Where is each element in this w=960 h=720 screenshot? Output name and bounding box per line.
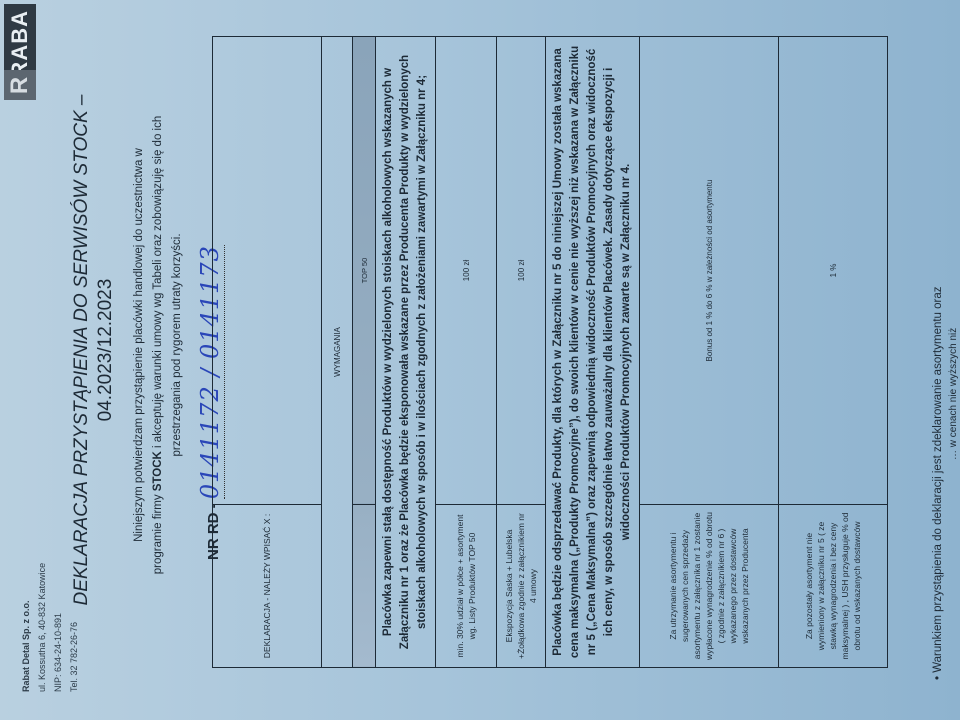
document-title: Deklaracja przystąpienia do serwisów STO… xyxy=(70,70,118,630)
requirement-row-value: 100 zł xyxy=(497,37,546,505)
top50-left-cell xyxy=(353,505,376,668)
intro-stock-bold: STOCK xyxy=(152,451,164,491)
requirement-row-label: min. 30% udział w półce + asortyment wg.… xyxy=(436,505,497,668)
bonus-row-label: Za pozostały asortyment nie wymieniony w… xyxy=(779,505,888,668)
availability-requirement: Placówka zapewni stałą dostępność Produk… xyxy=(376,37,436,668)
document-page: Rabat Detal Sp. z o.o. ul. Kossutha 6, 4… xyxy=(0,0,960,720)
title-period: 04.2023/12.2023 xyxy=(94,70,118,630)
logo-mark-icon: R xyxy=(4,70,36,100)
condition-bullet: • Warunkiem przystąpienia do deklaracji … xyxy=(930,286,960,680)
bonus-row-value: Bonus od 1 % do 6 % w zależności od asor… xyxy=(640,37,779,505)
intro-line-3: przestrzegania pod rygorem utraty korzyś… xyxy=(168,80,187,610)
bonus-row-label: Za utrzymanie asortymentu i sugerowanych… xyxy=(640,505,779,668)
bonus-row-value: 1 % xyxy=(779,37,888,505)
bullet-text-cut: … w cenach nie wyższych niż xyxy=(946,286,960,680)
requirement-row-value: 100 zł xyxy=(436,37,497,505)
logo-text: RABA xyxy=(7,10,33,78)
declaration-header-cell: DEKLARACJA - NALEŻY WPISAĆ X : xyxy=(213,505,322,668)
intro-line-2-pre: programie firmy xyxy=(152,491,164,574)
intro-line-2: programie firmy STOCK i akceptuję warunk… xyxy=(149,80,168,610)
requirements-header: WYMAGANIA xyxy=(322,37,353,668)
intro-paragraph: Niniejszym potwierdzam przystąpienie pla… xyxy=(130,80,187,610)
company-address: ul. Kossutha 6, 40-832 Katowice xyxy=(34,563,50,692)
bullet-text: Warunkiem przystąpienia do deklaracji je… xyxy=(932,286,944,672)
requirement-row-label: Ekspozycja Saska + Lubelska +Żołądkowa z… xyxy=(497,505,546,668)
promo-requirement: Placówka będzie odsprzedawać Produkty, d… xyxy=(546,37,640,668)
top50-label: TOP 50 xyxy=(353,37,376,505)
intro-line-1: Niniejszym potwierdzam przystąpienie pla… xyxy=(130,80,149,610)
raba-logo: R RABA xyxy=(4,4,36,100)
company-name: Rabat Detal Sp. z o.o. xyxy=(18,563,34,692)
declaration-blank-cell[interactable] xyxy=(213,37,322,505)
declaration-table: DEKLARACJA - NALEŻY WPISAĆ X : WYMAGANIA… xyxy=(212,36,888,668)
intro-line-2-post: i akceptuję warunki umowy wg Tabeli oraz… xyxy=(152,116,164,451)
company-nip: NIP: 634-24-10-891 xyxy=(50,563,66,692)
title-main: Deklaracja przystąpienia do serwisów STO… xyxy=(70,70,94,630)
